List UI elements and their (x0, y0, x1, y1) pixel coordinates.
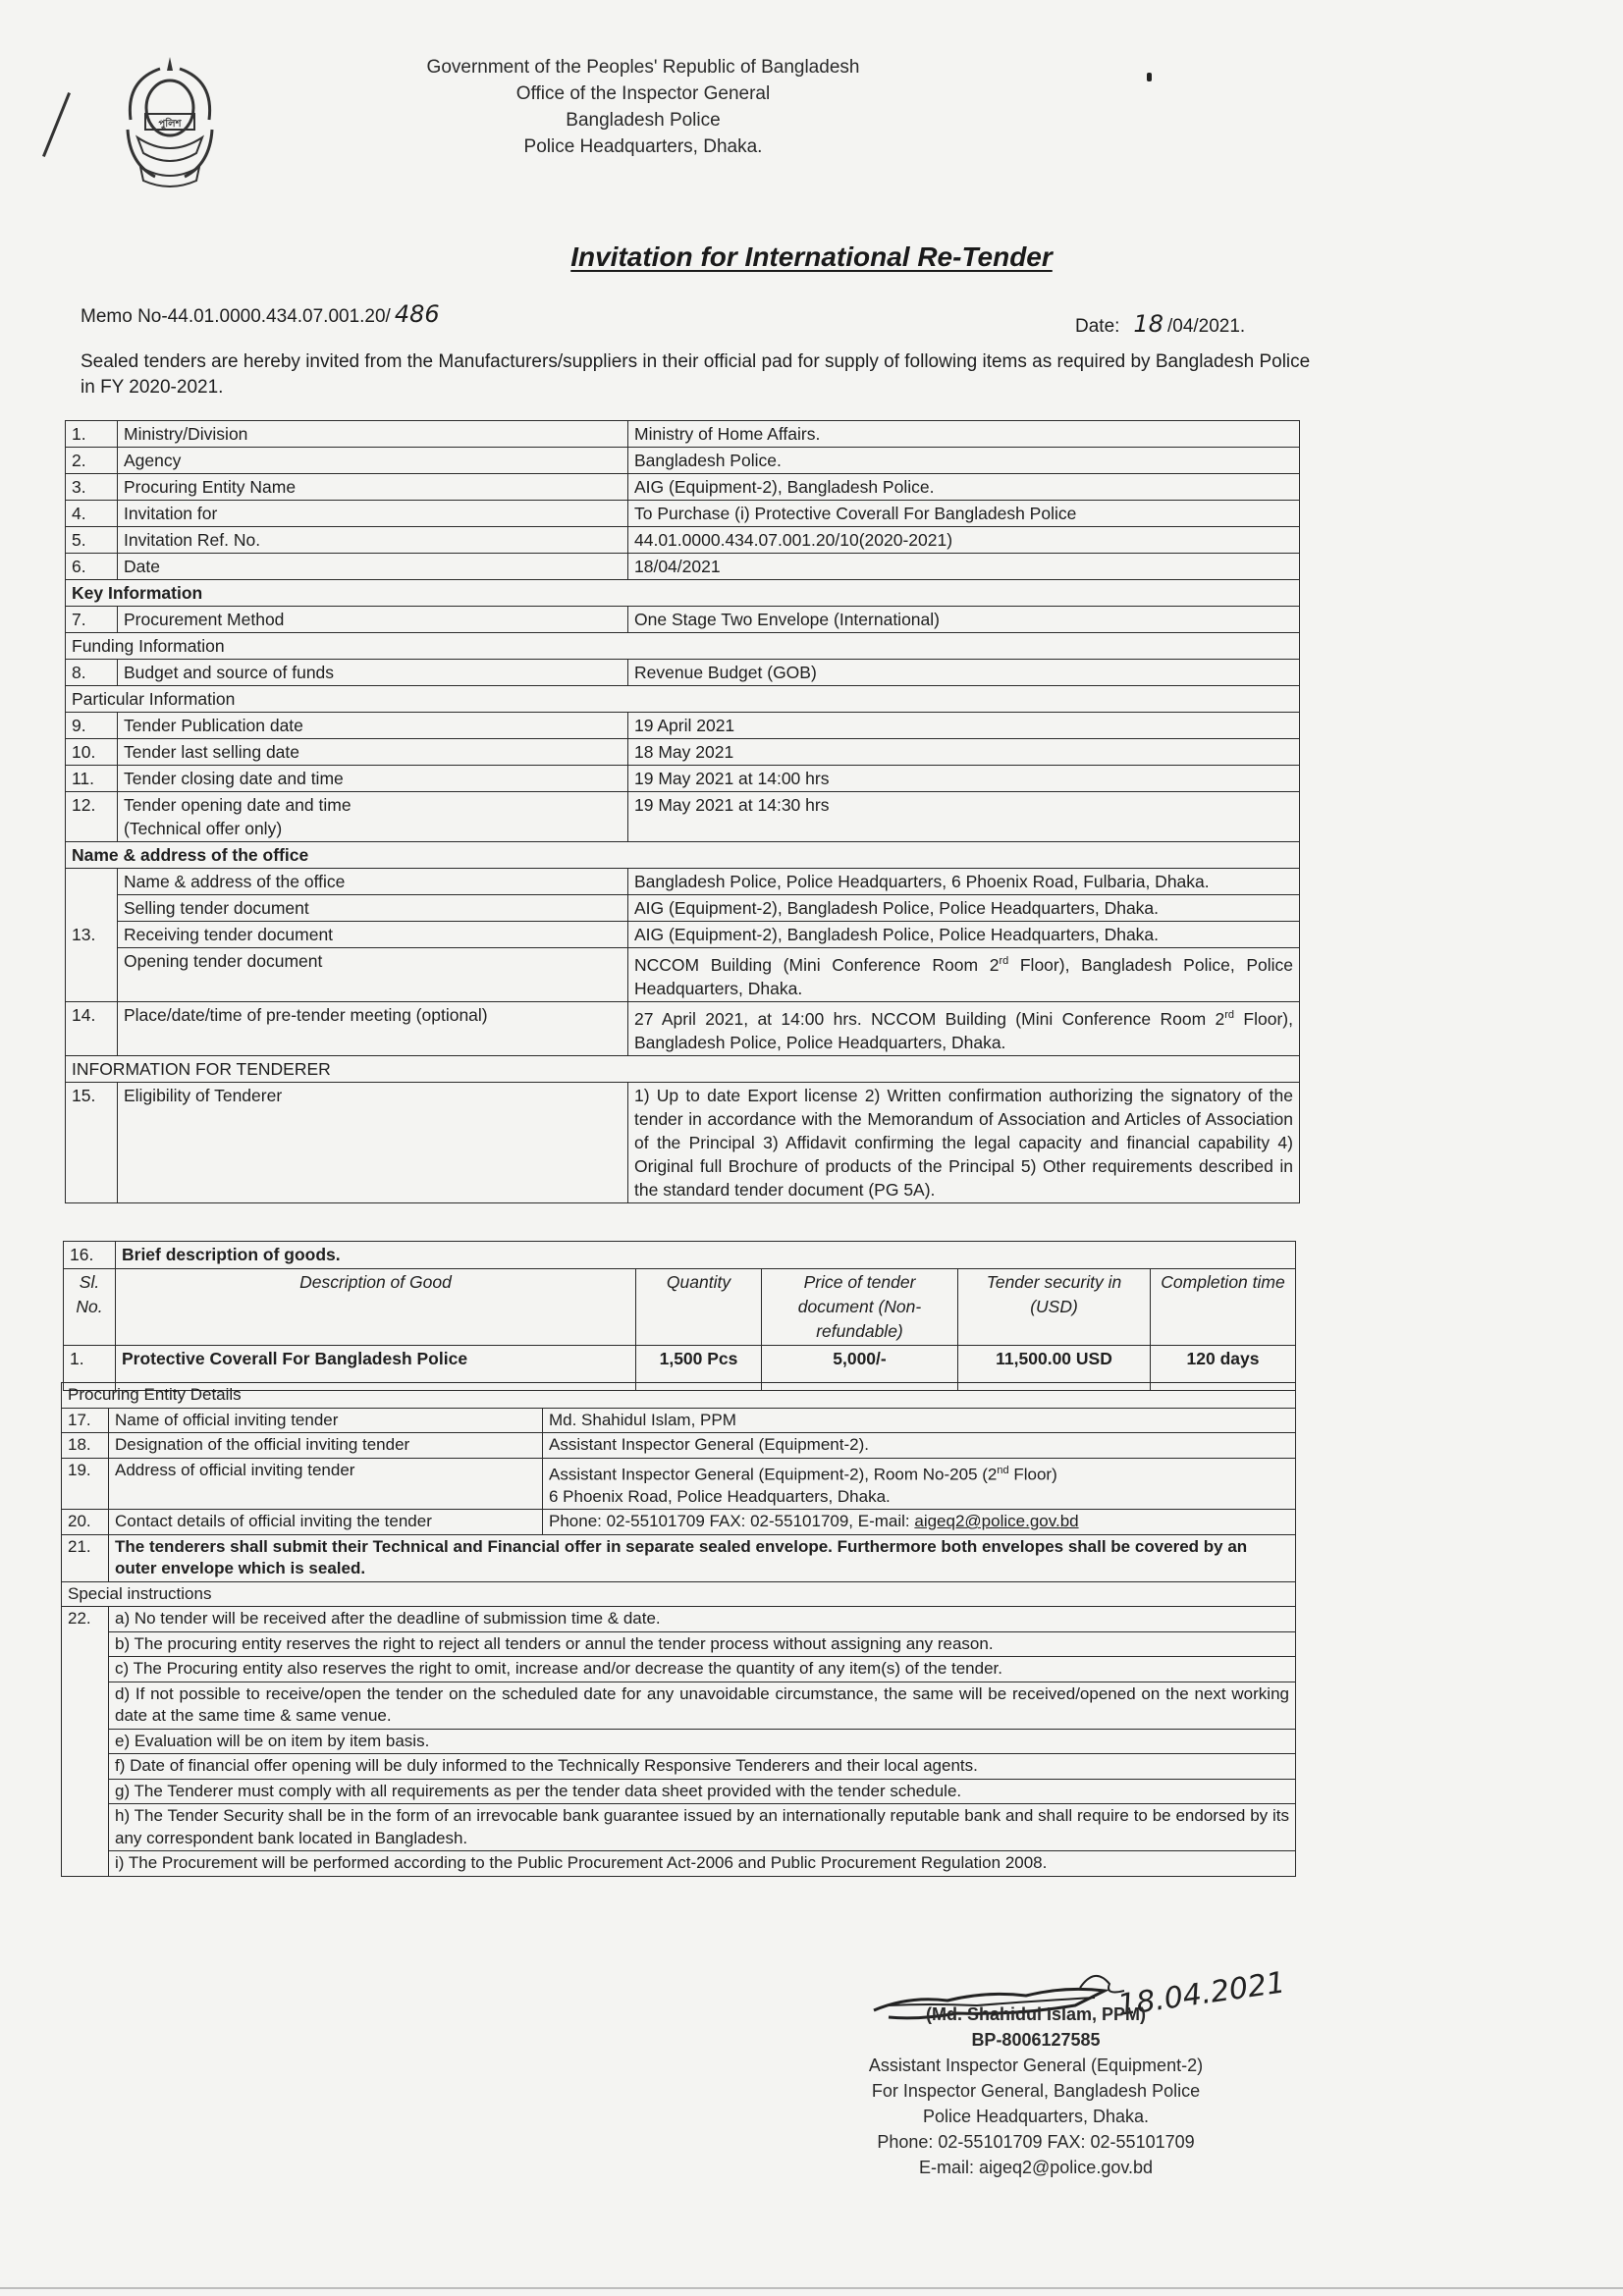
goods-header-row: Sl. No. Description of Good Quantity Pri… (64, 1269, 1296, 1346)
table-row: 21.The tenderers shall submit their Tech… (62, 1534, 1296, 1581)
section-header: Name & address of the office (66, 842, 1300, 869)
page-edge (0, 2287, 1623, 2289)
signatory-line: For Inspector General, Bangladesh Police (820, 2078, 1252, 2104)
handwritten-day: 18 (1133, 310, 1163, 338)
section-header: Special instructions (62, 1581, 1296, 1607)
table-row: 19.Address of official inviting tenderAs… (62, 1458, 1296, 1510)
table-row: 13.Name & address of the officeBanglades… (66, 869, 1300, 895)
instruction-row: e) Evaluation will be on item by item ba… (62, 1729, 1296, 1754)
table-row: 15.Eligibility of Tenderer1) Up to date … (66, 1082, 1300, 1202)
table-row: 16.Brief description of goods. (64, 1242, 1296, 1269)
table-row: 5.Invitation Ref. No.44.01.0000.434.07.0… (66, 527, 1300, 554)
instruction-row: h) The Tender Security shall be in the f… (62, 1804, 1296, 1851)
email-link[interactable]: aigeq2@police.gov.bd (914, 1512, 1078, 1530)
signature-block: (Md. Shahidul Islam, PPM) BP-8006127585 … (820, 1958, 1252, 2180)
section-header: Procuring Entity Details (62, 1383, 1296, 1409)
table-row: Selling tender documentAIG (Equipment-2)… (66, 895, 1300, 922)
section-header: INFORMATION FOR TENDERER (66, 1055, 1300, 1082)
table-row: 3.Procuring Entity NameAIG (Equipment-2)… (66, 474, 1300, 501)
table-row: 7.Procurement MethodOne Stage Two Envelo… (66, 607, 1300, 633)
letterhead-line: Police Headquarters, Dhaka. (373, 133, 913, 160)
table-row: 9.Tender Publication date19 April 2021 (66, 713, 1300, 739)
table-row: 10.Tender last selling date18 May 2021 (66, 739, 1300, 766)
signatory-line: Phone: 02-55101709 FAX: 02-55101709 (820, 2129, 1252, 2155)
table-row: 1.Ministry/DivisionMinistry of Home Affa… (66, 421, 1300, 448)
signatory-line: Assistant Inspector General (Equipment-2… (820, 2053, 1252, 2078)
table-row: 2.AgencyBangladesh Police. (66, 448, 1300, 474)
instruction-row: i) The Procurement will be performed acc… (62, 1851, 1296, 1877)
bangladesh-police-emblem-icon: পুলিশ (116, 51, 224, 190)
letterhead-line: Bangladesh Police (373, 107, 913, 133)
table-row: Receiving tender documentAIG (Equipment-… (66, 922, 1300, 948)
table-row: Opening tender documentNCCOM Building (M… (66, 948, 1300, 1002)
svg-text:পুলিশ: পুলিশ (158, 117, 182, 131)
letterhead: Government of the Peoples' Republic of B… (373, 54, 913, 160)
table-row: 12.Tender opening date and time(Technica… (66, 792, 1300, 842)
table-row: 20.Contact details of official inviting … (62, 1510, 1296, 1535)
table-row: 14.Place/date/time of pre-tender meeting… (66, 1001, 1300, 1055)
instruction-row: b) The procuring entity reserves the rig… (62, 1631, 1296, 1657)
section-header: Funding Information (66, 633, 1300, 660)
instruction-row: g) The Tenderer must comply with all req… (62, 1779, 1296, 1804)
procuring-entity-table: Procuring Entity Details 17.Name of offi… (61, 1382, 1296, 1877)
table-row: 4.Invitation forTo Purchase (i) Protecti… (66, 501, 1300, 527)
letterhead-line: Office of the Inspector General (373, 80, 913, 107)
table-row: 17.Name of official inviting tenderMd. S… (62, 1408, 1296, 1433)
handwritten-memo-number: 486 (395, 300, 440, 328)
signatory-line: E-mail: aigeq2@police.gov.bd (820, 2155, 1252, 2180)
signatory-name: (Md. Shahidul Islam, PPM) (820, 2002, 1252, 2027)
tender-notice-page: পুলিশ Government of the Peoples' Republi… (0, 0, 1623, 2296)
memo-number: Memo No-44.01.0000.434.07.001.20/486 (81, 300, 440, 328)
table-row: 18.Designation of the official inviting … (62, 1433, 1296, 1459)
signatory-bp-number: BP-8006127585 (820, 2027, 1252, 2053)
tender-details-table: 1.Ministry/DivisionMinistry of Home Affa… (65, 420, 1300, 1203)
table-row: 8.Budget and source of fundsRevenue Budg… (66, 660, 1300, 686)
goods-table: 16.Brief description of goods. Sl. No. D… (63, 1241, 1296, 1391)
document-title: Invitation for International Re-Tender (0, 241, 1623, 273)
section-header: Key Information (66, 580, 1300, 607)
ink-mark (1147, 73, 1152, 81)
table-row: 6.Date18/04/2021 (66, 554, 1300, 580)
signatory-line: Police Headquarters, Dhaka. (820, 2104, 1252, 2129)
table-row: 22.a) No tender will be received after t… (62, 1607, 1296, 1632)
section-header: Particular Information (66, 686, 1300, 713)
instruction-row: f) Date of financial offer opening will … (62, 1754, 1296, 1780)
instruction-row: c) The Procuring entity also reserves th… (62, 1657, 1296, 1682)
intro-paragraph: Sealed tenders are hereby invited from t… (81, 349, 1318, 400)
memo-date: Date:18/04/2021. (1075, 310, 1245, 338)
handwritten-slash-mark (42, 92, 71, 157)
table-row: 11.Tender closing date and time19 May 20… (66, 766, 1300, 792)
instruction-row: d) If not possible to receive/open the t… (62, 1682, 1296, 1729)
letterhead-line: Government of the Peoples' Republic of B… (373, 54, 913, 80)
